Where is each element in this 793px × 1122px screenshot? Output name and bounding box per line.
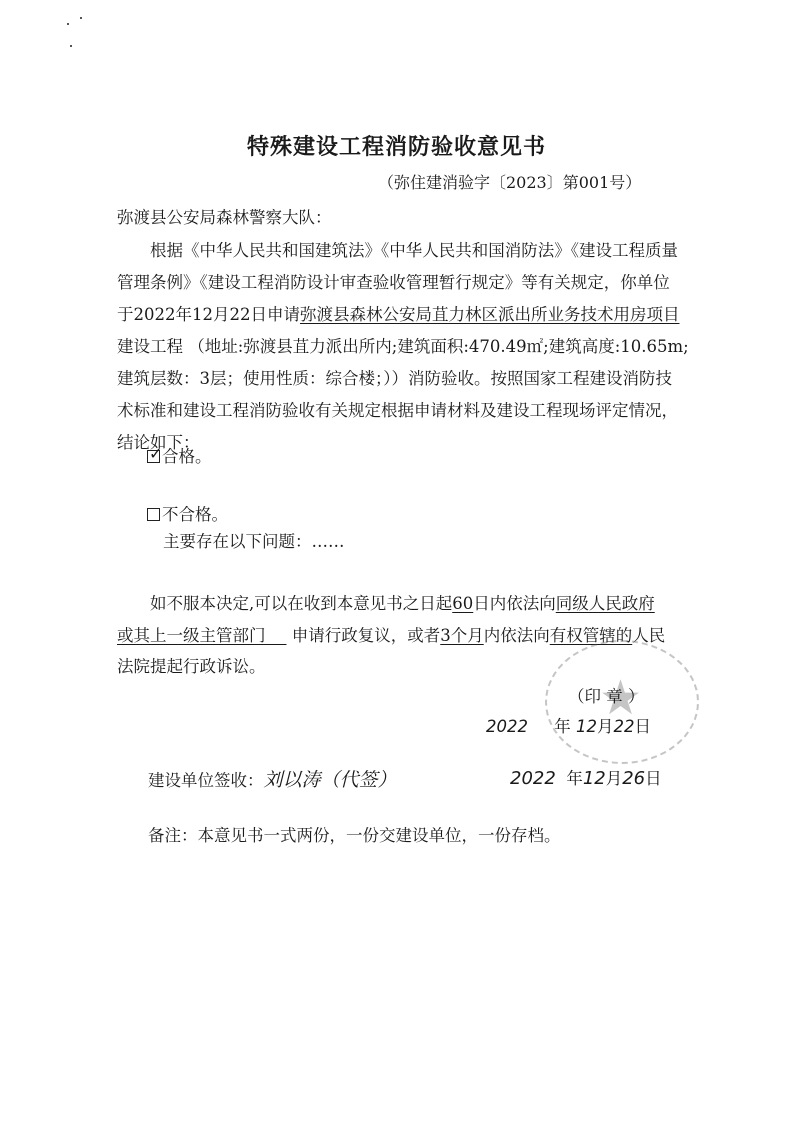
receipt-row: 建设单位签收：刘以涛（代签） [148,765,397,792]
day-suffix: 日 [634,717,651,736]
document-title: 特殊建设工程消防验收意见书 [0,130,793,161]
appeal-text: 申请行政复议，或者 [292,626,441,645]
paragraph-line-2: 管理条例》《建设工程消防设计审查验收管理暂行规定》等有关规定，你单位 [117,269,670,293]
paragraph-line-6: 术标准和建设工程消防验收有关规定根据申请材料及建设工程现场评定情况， [117,397,678,421]
receipt-month: 12 [583,768,606,789]
application-date-text: 于2022年12月22日申请 [117,305,300,324]
appeal-text: 如不服本决定,可以在收到本意见书之日起 [150,594,452,613]
signature: 刘以涛（代签） [264,769,397,791]
paragraph-line-4: 建设工程 （地址:弥渡县苴力派出所内;建筑面积:470.49㎡;建筑高度:10.… [117,333,689,357]
receipt-label: 建设单位签收： [148,771,264,790]
receipt-year: 2022 [510,768,556,789]
receipt-day: 26 [622,768,645,789]
scan-speck [67,23,69,25]
appeal-text: 内依法向 [484,626,550,645]
fail-label: 不合格。 [162,505,228,524]
seal-year: 2022 [486,717,528,736]
paragraph-line-5: 建筑层数：3层；使用性质：综合楼；））消防验收。按照国家工程建设消防技 [117,365,672,389]
receipt-date: 2022 年12月26日 [510,765,662,789]
year-suffix: 年 [566,769,583,788]
appeal-authority: 同级人民政府 [556,594,655,613]
seal-month: 12 [576,717,597,736]
fail-checkbox[interactable] [147,508,160,521]
appeal-text: 日内依法向 [473,594,556,613]
appeal-line-1: 如不服本决定,可以在收到本意见书之日起60日内依法向同级人民政府 [150,590,655,614]
appeal-authority-superior: 或其上一级主管部门 [117,626,266,645]
day-suffix: 日 [645,769,662,788]
appeal-months: 3个月 [440,626,484,645]
document-number: （弥住建消验字〔2023〕第001号） [378,170,641,193]
year-suffix: 年 [554,717,571,736]
seal-day: 22 [613,717,634,736]
project-name: 弥渡县森林公安局苴力林区派出所业务技术用房项目 [300,305,680,324]
appeal-days: 60 [452,594,473,613]
conclusion-fail: 不合格。 [147,501,228,525]
month-suffix: 月 [597,717,614,736]
check-mark-icon: ✓ [149,444,162,463]
note: 备注：本意见书一式两份，一份交建设单位，一份存档。 [148,822,561,846]
scan-speck [80,17,82,19]
month-suffix: 月 [606,769,623,788]
scan-speck [70,45,72,47]
appeal-line-2: 或其上一级主管部门 申请行政复议，或者3个月内依法向有权管辖的人民 [117,622,665,646]
issues-label: 主要存在以下问题：…… [163,528,345,552]
paragraph-line-1: 根据《中华人民共和国建筑法》《中华人民共和国消防法》《建设工程质量 [150,237,678,261]
pass-checkbox[interactable]: ✓ [147,450,160,463]
seal-label: （印 章 ） [568,683,645,707]
appeal-line-3: 法院提起行政诉讼。 [117,653,266,677]
conclusion-pass: ✓合格。 [147,443,212,467]
pass-label: 合格。 [162,447,212,466]
seal-date: 2022 年 12月22日 [486,713,651,737]
addressee: 弥渡县公安局森林警察大队： [117,204,332,228]
paragraph-line-3: 于2022年12月22日申请弥渡县森林公安局苴力林区派出所业务技术用房项目 [117,301,679,325]
